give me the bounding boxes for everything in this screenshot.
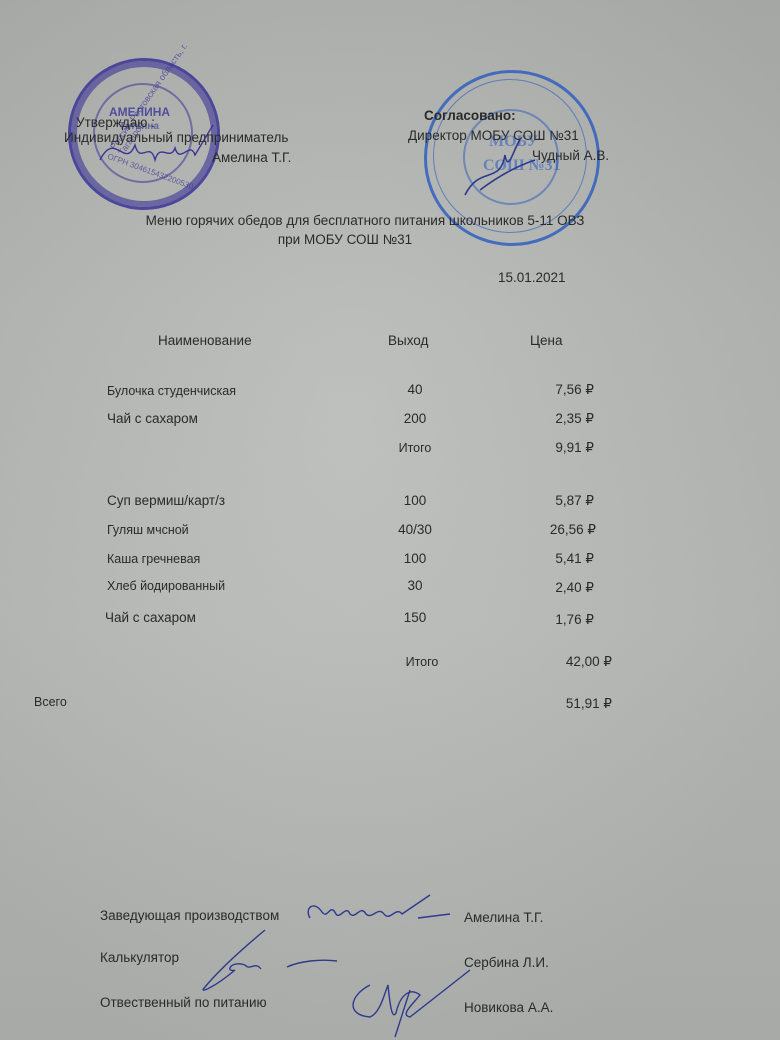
item-output: 150	[385, 610, 445, 626]
item-output: 200	[385, 411, 445, 427]
subtotal-value: 9,91 ₽	[500, 440, 594, 456]
signature-role: Отвественный по питанию	[100, 995, 267, 1011]
signature-role: Заведующая производством	[100, 908, 279, 924]
header-output: Выход	[388, 333, 428, 349]
signature-role: Калькулятор	[100, 950, 179, 966]
item-price: 26,56 ₽	[500, 522, 596, 538]
signature-calculator	[195, 925, 345, 995]
total-value: 51,91 ₽	[500, 696, 612, 712]
item-output: 100	[385, 493, 445, 509]
subtotal-label: Итого	[395, 654, 449, 670]
item-name: Гуляш мчсной	[107, 522, 189, 538]
approval-left-name: Амелина Т.Г.	[212, 150, 291, 166]
total-label: Всего	[34, 694, 67, 710]
item-name: Суп вермиш/карт/з	[107, 493, 225, 509]
signature-production-head	[300, 890, 460, 930]
signature-name: Амелина Т.Г.	[464, 910, 543, 926]
item-price: 5,87 ₽	[500, 493, 594, 509]
document-title-line2: при МОБУ СОШ №31	[0, 232, 690, 248]
item-price: 2,35 ₽	[500, 411, 594, 427]
subtotal-label: Итого	[388, 440, 442, 456]
item-name: Булочка студенчиская	[107, 383, 236, 399]
document-date: 15.01.2021	[498, 270, 566, 286]
header-price: Цена	[530, 333, 562, 349]
item-price: 5,41 ₽	[500, 551, 594, 567]
approval-right-heading: Согласовано:	[424, 108, 516, 124]
item-output: 40	[385, 382, 445, 398]
signature-nutrition	[340, 965, 480, 1040]
document-title-line1: Меню горячих обедов для бесплатного пита…	[0, 213, 730, 229]
item-name: Чай с сахаром	[107, 411, 198, 427]
document-page: АМЕЛИНА Татьяна Россия, Ростовская облас…	[0, 0, 780, 1040]
item-price: 2,40 ₽	[500, 580, 594, 596]
item-output: 40/30	[385, 522, 445, 538]
item-price: 1,76 ₽	[500, 612, 594, 628]
signature-director	[460, 135, 540, 205]
item-name: Хлеб йодированный	[107, 578, 225, 594]
item-price: 7,56 ₽	[500, 382, 594, 398]
item-name: Чай с сахаром	[105, 610, 196, 626]
subtotal-value: 42,00 ₽	[500, 654, 612, 670]
approval-right-name: Чудный А.В.	[532, 148, 609, 164]
header-name: Наименование	[158, 333, 252, 349]
signature-ip	[95, 120, 215, 180]
item-name: Каша гречневая	[107, 551, 200, 567]
item-output: 30	[385, 578, 445, 594]
item-output: 100	[385, 551, 445, 567]
